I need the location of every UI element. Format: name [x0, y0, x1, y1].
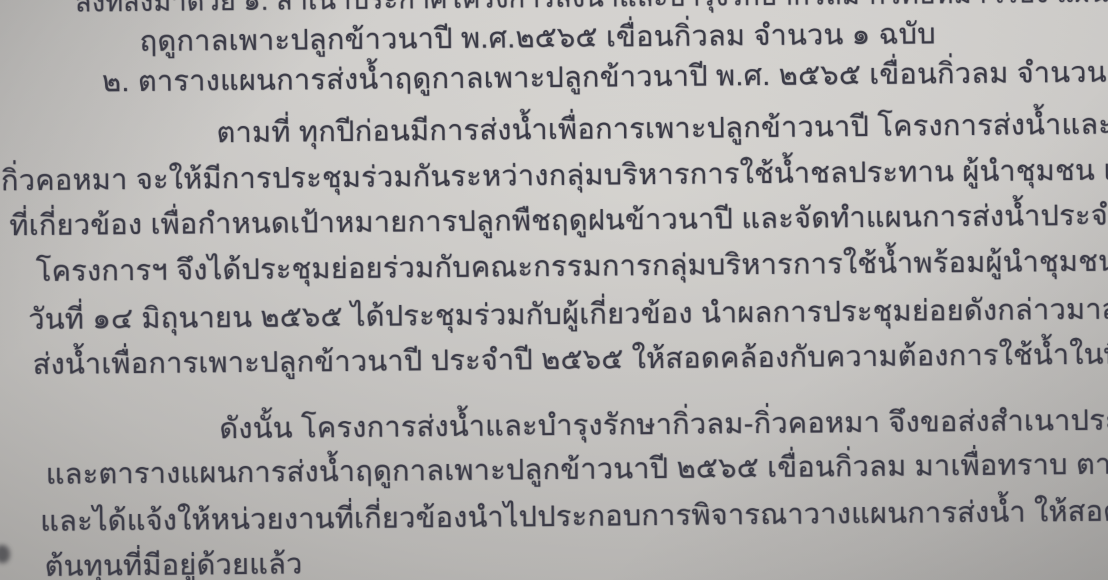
document-line-body-4: โครงการฯ จึงได้ประชุมย่อยร่วมกับคณะกรรมก… [36, 241, 1108, 292]
document-line-body-1: ตามที่ ทุกปีก่อนมีการส่งน้ำเพื่อการเพาะป… [216, 103, 1108, 154]
document-photo: สิ่งที่ส่งมาด้วย ๑. สำเนาประกาศโครงการส่… [0, 0, 1108, 580]
document-line-body-9: และได้แจ้งให้หน่วยงานที่เกี่ยวข้องนำไปปร… [40, 489, 1108, 542]
document-line-body-10: ต้นทุนที่มีอยู่ด้วยแล้ว [44, 544, 302, 580]
document-line-body-6: ส่งน้ำเพื่อการเพาะปลูกข้าวนาปี ประจำปี ๒… [33, 334, 1108, 385]
document-line-body-2: กิ่วคอหมา จะให้มีการประชุมร่วมกันระหว่าง… [1, 149, 1108, 202]
document-text-layer: สิ่งที่ส่งมาด้วย ๑. สำเนาประกาศโครงการส่… [0, 0, 1108, 580]
document-line-body-7: ดังนั้น โครงการส่งน้ำและบำรุงรักษากิ่วลม… [219, 398, 1108, 449]
document-line-body-3: ที่เกี่ยวข้อง เพื่อกำหนดเป้าหมายการปลูกพ… [9, 193, 1108, 246]
document-line-body-5: วันที่ ๑๔ มิถุนายน ๒๕๖๕ ได้ประชุมร่วมกับ… [28, 288, 1108, 341]
document-line-body-8: และตารางแผนการส่งน้ำฤดูกาลเพาะปลูกข้าวนา… [46, 443, 1108, 495]
